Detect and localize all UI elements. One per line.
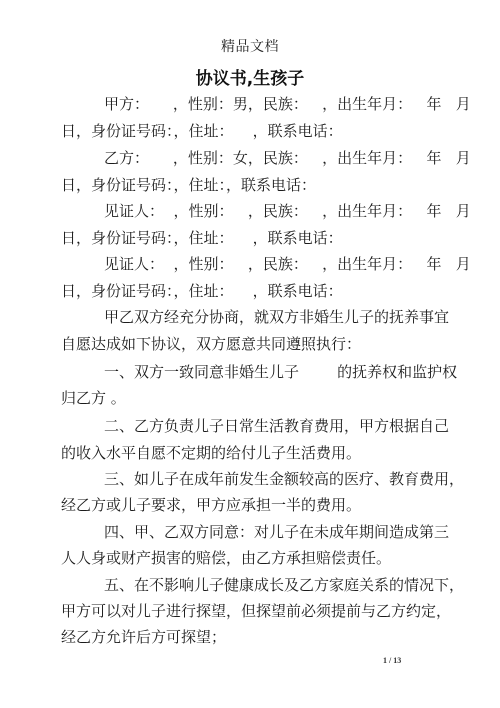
clause-5-line2: 甲方可以对儿子进行探望，但探望前必须提前与乙方约定， (61, 601, 451, 621)
clause-4-line2: 人人身或财产损害的赔偿，由乙方承担赔偿责任。 (61, 548, 391, 568)
witness2-info-line2: 日，身份证号码：，住址： ，联系电话： (61, 281, 343, 301)
page-header: 精品文档 (0, 36, 500, 56)
witness1-info-line2: 日，身份证号码：，住址： ，联系电话： (61, 228, 343, 248)
document-title: 协议书,生孩子 (0, 64, 500, 89)
clause-5-line3: 经乙方允许后方可探望； (61, 627, 226, 647)
clause-4-line1: 四、甲、乙双方同意：对儿子在未成年期间造成第三 (104, 522, 449, 542)
clause-3-line2: 经乙方或儿子要求，甲方应承担一半的费用。 (61, 495, 361, 515)
clause-3-line1: 三、如儿子在成年前发生金额较高的医疗、教育费用， (104, 469, 464, 489)
preamble-line2: 自愿达成如下协议，双方愿意共同遵照执行： (61, 334, 361, 354)
clause-2-line2: 的收入水平自愿不定期的给付儿子生活费用。 (61, 443, 361, 463)
clause-2-line1: 二、乙方负责儿子日常生活教育费用，甲方根据自己 (104, 416, 449, 436)
witness2-info-line1: 见证人： ，性别： ，民族： ，出生年月： 年 月 (104, 254, 471, 274)
party-b-info-line1: 乙方： ，性别：女，民族： ，出生年月： 年 月 (104, 148, 471, 168)
clause-1-line2: 归乙方 。 (61, 388, 126, 408)
clause-1-line1: 一、双方一致同意非婚生儿子 的抚养权和监护权 (104, 362, 457, 382)
page-number: 1 / 13 (383, 656, 401, 665)
preamble-line1: 甲乙双方经充分协商，就双方非婚生儿子的抚养事宜 (104, 307, 449, 327)
party-a-info-line1: 甲方： ，性别：男，民族： ，出生年月： 年 月 (104, 94, 471, 114)
party-a-info-line2: 日，身份证号码：，住址： ，联系电话： (61, 121, 343, 141)
document-page: 精品文档 协议书,生孩子 甲方： ，性别：男，民族： ，出生年月： 年 月 日，… (0, 0, 500, 708)
witness1-info-line1: 见证人： ，性别： ，民族： ，出生年月： 年 月 (104, 201, 471, 221)
clause-5-line1: 五、在不影响儿子健康成长及乙方家庭关系的情况下， (104, 575, 464, 595)
party-b-info-line2: 日，身份证号码：，住址：，联系电话： (61, 175, 316, 195)
